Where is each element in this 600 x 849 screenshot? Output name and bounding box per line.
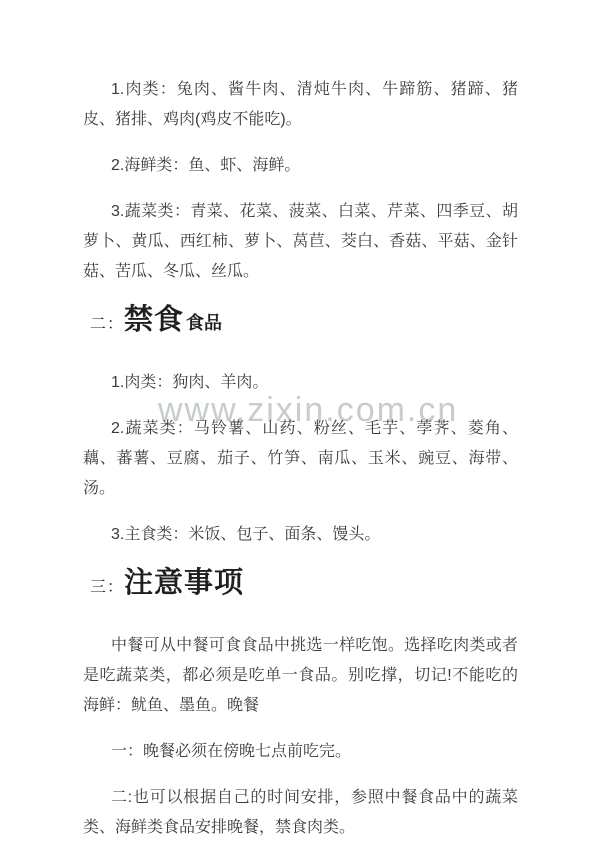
heading-forbidden-title: 禁食 <box>124 304 184 336</box>
heading-notes: 三：注意事项 <box>83 566 518 605</box>
paragraph-forbidden-staples: 3.主食类：米饭、包子、面条、馒头。 <box>83 520 518 550</box>
paragraph-lunch-meat: 1.肉类：兔肉、酱牛肉、清炖牛肉、牛蹄筋、猪蹄、猪皮、猪排、鸡肉(鸡皮不能吃)。 <box>83 75 518 135</box>
heading-forbidden-number: 二： <box>90 316 124 333</box>
paragraph-forbidden-vegetables: 2.蔬菜类：马铃薯、山药、粉丝、毛芋、荸荠、菱角、藕、蕃薯、豆腐、茄子、竹笋、南… <box>83 414 518 504</box>
heading-notes-title: 注意事项 <box>124 567 244 599</box>
paragraph-notes-rule-two: 二:也可以根据自己的时间安排，参照中餐食品中的蔬菜类、海鲜类食品安排晚餐，禁食肉… <box>83 783 518 843</box>
heading-forbidden-suffix: 食品 <box>186 313 222 333</box>
paragraph-notes-intro: 中餐可从中餐可食食品中挑选一样吃饱。选择吃肉类或者是吃蔬菜类，都必须是吃单一食品… <box>83 631 518 721</box>
paragraph-lunch-vegetables: 3.蔬菜类：青菜、花菜、菠菜、白菜、芹菜、四季豆、胡萝卜、黄瓜、西红柿、萝卜、莴… <box>83 197 518 287</box>
paragraph-notes-rule-one: 一：晚餐必须在傍晚七点前吃完。 <box>83 737 518 767</box>
paragraph-lunch-seafood: 2.海鲜类：鱼、虾、海鲜。 <box>83 151 518 181</box>
heading-forbidden-foods: 二：禁食食品 <box>83 303 518 342</box>
document-page: www.zixin.com.cn 1.肉类：兔肉、酱牛肉、清炖牛肉、牛蹄筋、猪蹄… <box>0 0 600 849</box>
heading-notes-number: 三： <box>90 579 124 596</box>
paragraph-forbidden-meat: 1.肉类：狗肉、羊肉。 <box>83 368 518 398</box>
